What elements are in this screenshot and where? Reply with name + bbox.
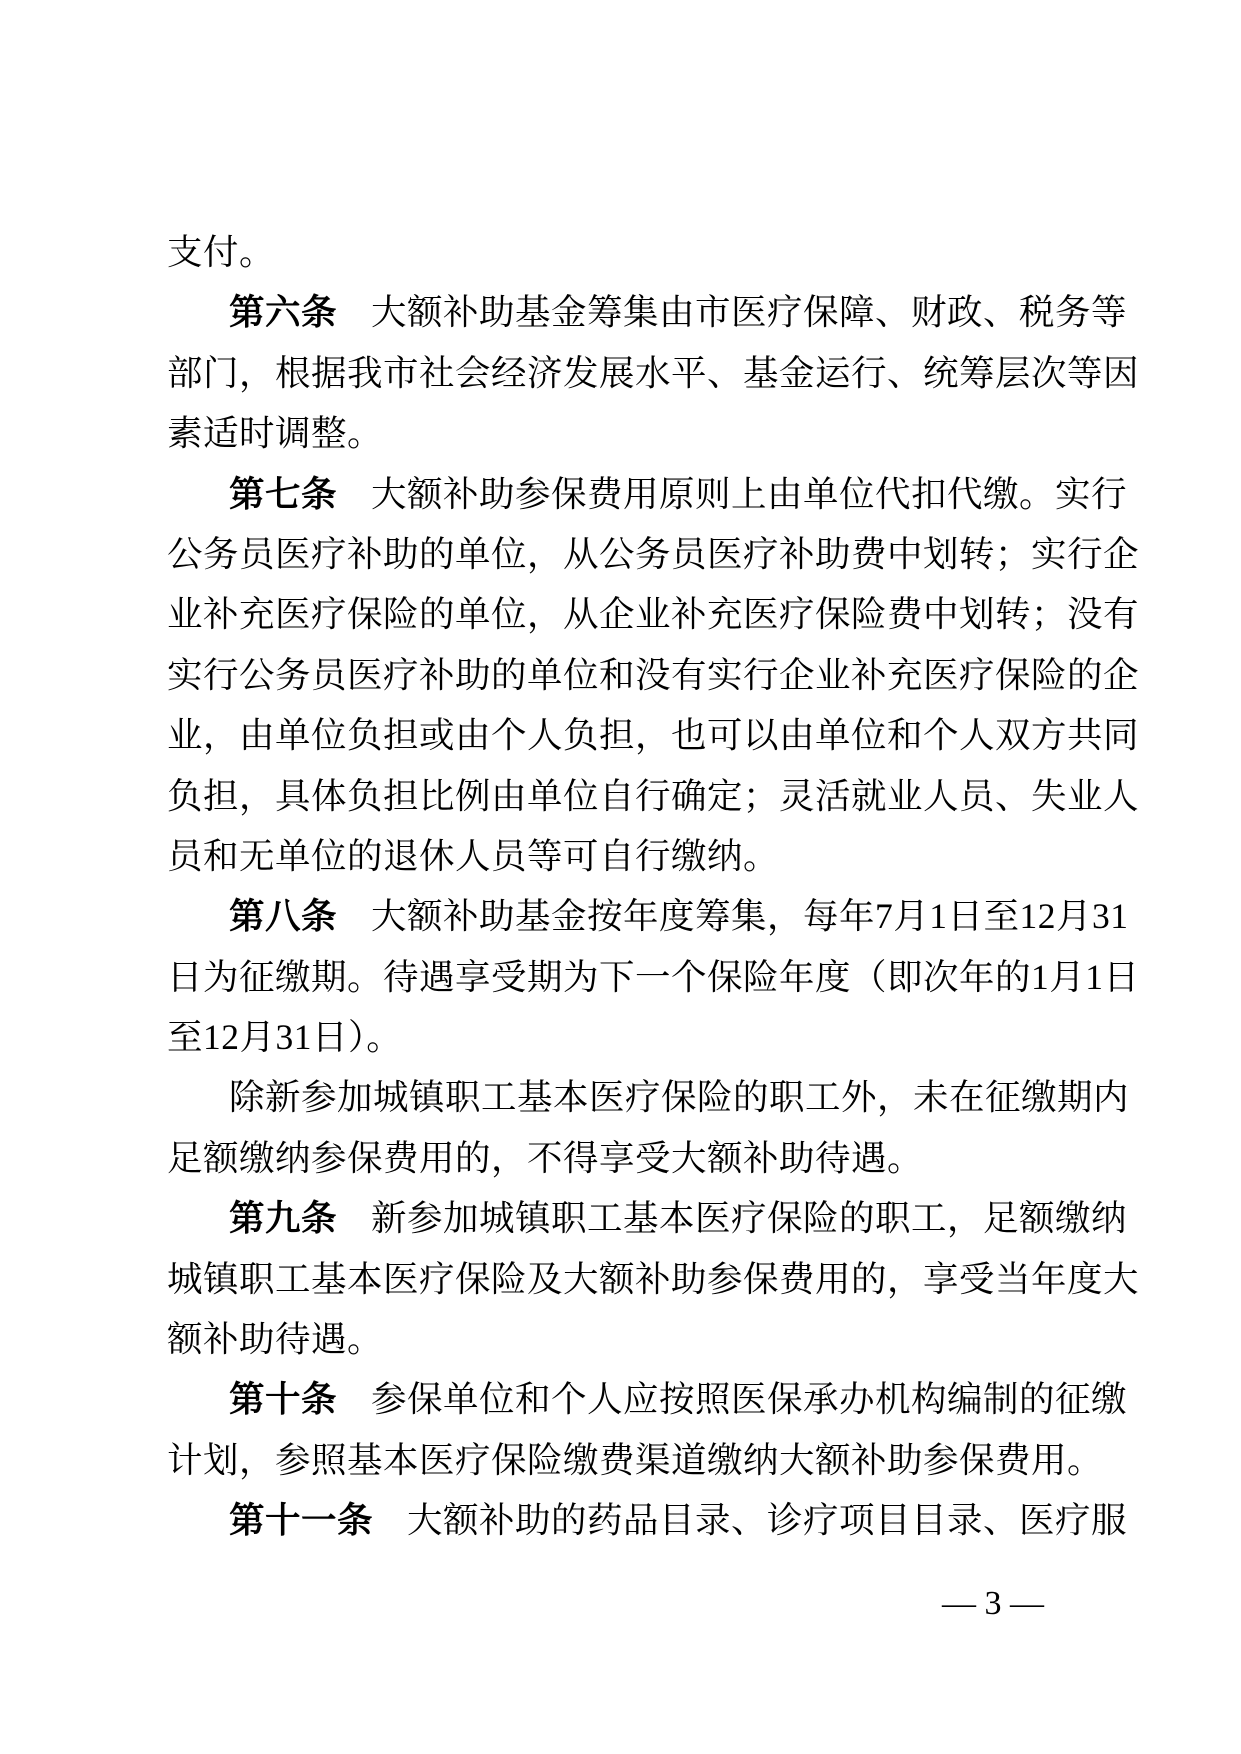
line-text: 足额缴纳参保费用的，不得享受大额补助待遇。	[167, 1138, 923, 1178]
article-number: 第八条	[229, 896, 337, 936]
article-number: 第七条	[229, 474, 337, 514]
line-text: 支付。	[167, 232, 275, 272]
article-number: 第九条	[229, 1198, 337, 1238]
text-line: 足额缴纳参保费用的，不得享受大额补助待遇。	[167, 1128, 1093, 1188]
text-line: 计划，参照基本医疗保险缴费渠道缴纳大额补助参保费用。	[167, 1430, 1093, 1490]
line-text: 计划，参照基本医疗保险缴费渠道缴纳大额补助参保费用。	[167, 1440, 1103, 1480]
text-line: 第八条大额补助基金按年度筹集，每年7月1日至12月31	[167, 886, 1093, 946]
text-line: 第十一条大额补助的药品目录、诊疗项目目录、医疗服	[167, 1490, 1093, 1550]
text-line: 员和无单位的退休人员等可自行缴纳。	[167, 826, 1093, 886]
line-text: 参保单位和个人应按照医保承办机构编制的征缴	[371, 1379, 1127, 1419]
article-number: 第十条	[229, 1379, 337, 1419]
document-page: 支付。第六条大额补助基金筹集由市医疗保障、财政、税务等部门，根据我市社会经济发展…	[0, 0, 1241, 1754]
line-text: 大额补助的药品目录、诊疗项目目录、医疗服	[407, 1500, 1127, 1540]
line-text: 公务员医疗补助的单位，从公务员医疗补助费中划转；实行企	[167, 534, 1139, 574]
line-text: 业，由单位负担或由个人负担，也可以由单位和个人双方共同	[167, 715, 1139, 755]
text-line: 额补助待遇。	[167, 1309, 1093, 1369]
text-line: 公务员医疗补助的单位，从公务员医疗补助费中划转；实行企	[167, 524, 1093, 584]
text-line: 第七条大额补助参保费用原则上由单位代扣代缴。实行	[167, 464, 1093, 524]
line-text: 至12月31日）。	[167, 1017, 402, 1057]
text-line: 城镇职工基本医疗保险及大额补助参保费用的，享受当年度大	[167, 1249, 1093, 1309]
line-text: 业补充医疗保险的单位，从企业补充医疗保险费中划转；没有	[167, 594, 1139, 634]
line-text: 大额补助参保费用原则上由单位代扣代缴。实行	[371, 474, 1127, 514]
article-number: 第十一条	[229, 1500, 373, 1540]
line-text: 大额补助基金按年度筹集，每年7月1日至12月31	[371, 896, 1129, 936]
text-line: 业补充医疗保险的单位，从企业补充医疗保险费中划转；没有	[167, 584, 1093, 644]
text-line: 日为征缴期。待遇享受期为下一个保险年度（即次年的1月1日	[167, 947, 1093, 1007]
line-text: 员和无单位的退休人员等可自行缴纳。	[167, 836, 779, 876]
line-text: 城镇职工基本医疗保险及大额补助参保费用的，享受当年度大	[167, 1259, 1139, 1299]
text-line: 素适时调整。	[167, 403, 1093, 463]
line-text: 部门，根据我市社会经济发展水平、基金运行、统筹层次等因	[167, 353, 1139, 393]
text-line: 支付。	[167, 222, 1093, 282]
article-number: 第六条	[229, 292, 337, 332]
line-text: 新参加城镇职工基本医疗保险的职工，足额缴纳	[371, 1198, 1127, 1238]
page-number-label: — 3 —	[942, 1585, 1044, 1622]
line-text: 实行公务员医疗补助的单位和没有实行企业补充医疗保险的企	[167, 655, 1139, 695]
text-line: 负担，具体负担比例由单位自行确定；灵活就业人员、失业人	[167, 766, 1093, 826]
text-line: 第六条大额补助基金筹集由市医疗保障、财政、税务等	[167, 282, 1093, 342]
line-text: 负担，具体负担比例由单位自行确定；灵活就业人员、失业人	[167, 776, 1139, 816]
text-line: 业，由单位负担或由个人负担，也可以由单位和个人双方共同	[167, 705, 1093, 765]
text-line: 第十条参保单位和个人应按照医保承办机构编制的征缴	[167, 1369, 1093, 1429]
document-body: 支付。第六条大额补助基金筹集由市医疗保障、财政、税务等部门，根据我市社会经济发展…	[167, 222, 1093, 1551]
text-line: 实行公务员医疗补助的单位和没有实行企业补充医疗保险的企	[167, 645, 1093, 705]
line-text: 大额补助基金筹集由市医疗保障、财政、税务等	[371, 292, 1127, 332]
page-number: — 3 —	[938, 1585, 1048, 1623]
line-text: 日为征缴期。待遇享受期为下一个保险年度（即次年的1月1日	[167, 957, 1140, 997]
text-line: 部门，根据我市社会经济发展水平、基金运行、统筹层次等因	[167, 343, 1093, 403]
line-text: 额补助待遇。	[167, 1319, 383, 1359]
text-line: 至12月31日）。	[167, 1007, 1093, 1067]
text-line: 第九条新参加城镇职工基本医疗保险的职工，足额缴纳	[167, 1188, 1093, 1248]
line-text: 素适时调整。	[167, 413, 383, 453]
text-line: 除新参加城镇职工基本医疗保险的职工外，未在征缴期内	[167, 1067, 1093, 1127]
line-text: 除新参加城镇职工基本医疗保险的职工外，未在征缴期内	[229, 1077, 1129, 1117]
